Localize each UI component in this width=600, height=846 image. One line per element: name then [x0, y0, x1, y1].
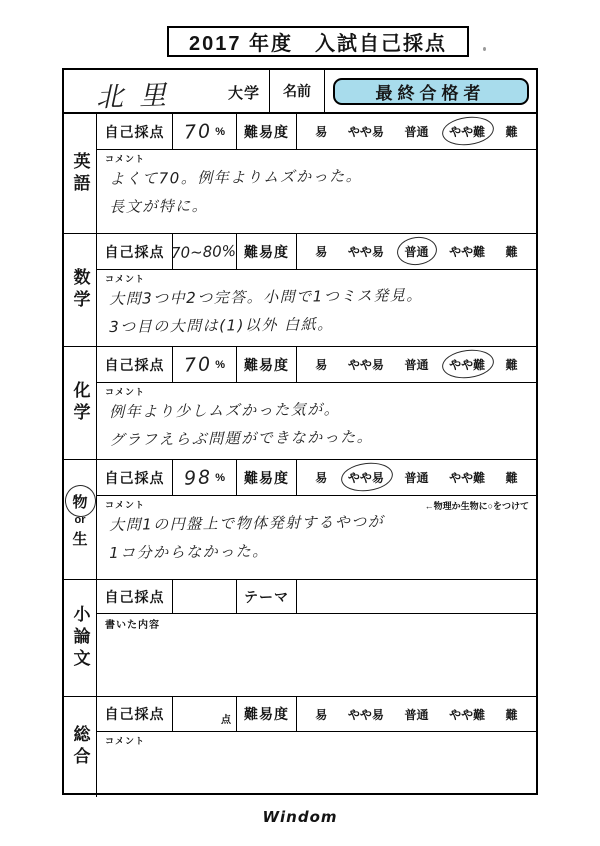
physics-comment-line: 1コ分からなかった。 [105, 534, 528, 567]
percent-unit: % [215, 472, 225, 484]
percent-unit: % [215, 126, 225, 138]
theme-label: テーマ [237, 580, 297, 613]
subject-label-math: 数学 [64, 234, 97, 346]
physics-score-cell: 98 % [173, 460, 237, 495]
self-score-label: 自己採点 [97, 460, 173, 495]
difficulty-label: 難易度 [237, 114, 297, 149]
university-name-handwritten: 北里 [95, 73, 182, 115]
math-score-cell: 70~80% [173, 234, 237, 269]
overall-score-cell: 点 [173, 697, 237, 731]
difficulty-option: 難 [506, 243, 518, 260]
self-score-label: 自己採点 [97, 580, 173, 613]
difficulty-label: 難易度 [237, 460, 297, 495]
subject-block-essay: 小論文 自己採点 テーマ 書いた内容 [64, 580, 536, 697]
difficulty-option: 普通 [404, 356, 428, 373]
english-score-row: 自己採点 70 % 難易度 易 やや易 普通 やや難 難 [97, 114, 536, 150]
result-badge-cell: 最終合格者 [325, 70, 536, 112]
difficulty-option: 易 [315, 243, 327, 260]
difficulty-option: 易 [315, 469, 327, 486]
physics-comment-cell: コメント ←物理か生物に○をつけて 大問1の円盤上で物体発射するやつが 1コ分か… [97, 496, 536, 579]
chemistry-comment-line: グラフえらぶ問題ができなかった。 [105, 421, 528, 454]
difficulty-option: 易 [315, 706, 327, 723]
score-table: 北里 大学 名前 最終合格者 英語 自己採点 70 % 難易度 易 やや易 [62, 68, 538, 795]
university-cell: 北里 大学 [64, 70, 270, 112]
overall-score-row: 自己採点 点 難易度 易 やや易 普通 やや難 難 [97, 697, 536, 732]
difficulty-option: やや難 [449, 706, 485, 723]
english-score-value: 70 [183, 120, 212, 143]
chemistry-difficulty-options: 易 やや易 普通 やや難 難 [297, 347, 536, 382]
self-score-label: 自己採点 [97, 347, 173, 382]
point-unit: 点 [221, 711, 231, 726]
difficulty-option: やや難 [449, 469, 485, 486]
difficulty-option: やや易 [348, 356, 384, 373]
difficulty-option: 易 [315, 356, 327, 373]
chemistry-score-value: 70 [183, 353, 212, 376]
difficulty-option: 普通 [404, 243, 428, 260]
english-score-cell: 70 % [173, 114, 237, 149]
written-content-label: 書いた内容 [105, 616, 528, 631]
math-difficulty-options: 易 やや易 普通 やや難 難 [297, 234, 536, 269]
difficulty-label: 難易度 [237, 234, 297, 269]
english-comment-line: 長文が特に。 [105, 188, 528, 221]
physics-difficulty-options: 易 やや易 普通 やや難 難 [297, 460, 536, 495]
difficulty-option: 易 [315, 123, 327, 140]
difficulty-option: やや難 [449, 243, 485, 260]
essay-content-cell: 書いた内容 [97, 614, 536, 696]
difficulty-option: 普通 [404, 469, 428, 486]
difficulty-option: 普通 [404, 706, 428, 723]
subject-label-overall: 総合 [64, 697, 97, 797]
self-score-label: 自己採点 [97, 697, 173, 731]
scan-artifact [483, 47, 486, 51]
difficulty-option: 難 [506, 356, 518, 373]
difficulty-label: 難易度 [237, 347, 297, 382]
result-badge: 最終合格者 [333, 78, 529, 105]
physics-option: 物 [72, 491, 87, 512]
difficulty-label: 難易度 [237, 697, 297, 731]
subject-label-chemistry: 化学 [64, 347, 97, 459]
physics-score-row: 自己採点 98 % 難易度 易 やや易 普通 やや難 難 [97, 460, 536, 496]
math-score-value: 70~80% [170, 241, 236, 261]
overall-difficulty-options: 易 やや易 普通 やや難 難 [297, 697, 536, 731]
math-comment-cell: コメント 大問3つ中2つ完答。小問で1つミス発見。 3つ目の大問は(1)以外 白… [97, 270, 536, 346]
math-score-row: 自己採点 70~80% 難易度 易 やや易 普通 やや難 難 [97, 234, 536, 270]
difficulty-option: やや易 [348, 469, 384, 486]
difficulty-option: やや易 [348, 243, 384, 260]
difficulty-option: やや難 [449, 356, 485, 373]
overall-comment-cell: コメント [97, 732, 536, 797]
difficulty-option: やや易 [348, 706, 384, 723]
biology-option: 生 [72, 528, 87, 549]
subject-block-physics: 物 or 生 自己採点 98 % 難易度 易 やや易 普通 やや難 難 [64, 460, 536, 580]
brand-logo: Windom [0, 808, 600, 826]
name-label: 名前 [270, 70, 325, 112]
comment-label: コメント [105, 734, 528, 747]
essay-score-cell [173, 580, 237, 613]
physics-score-value: 98 [183, 466, 212, 489]
chemistry-comment-cell: コメント 例年より少しムズかった気が。 グラフえらぶ問題ができなかった。 [97, 383, 536, 459]
subject-label-english: 英語 [64, 114, 97, 233]
math-comment-line: 3つ目の大問は(1)以外 白紙。 [105, 308, 528, 341]
self-score-label: 自己採点 [97, 114, 173, 149]
percent-unit: % [215, 359, 225, 371]
difficulty-option: 普通 [404, 123, 428, 140]
self-score-label: 自己採点 [97, 234, 173, 269]
english-comment-cell: コメント よくて70。例年よりムズかった。 長文が特に。 [97, 150, 536, 233]
essay-score-row: 自己採点 テーマ [97, 580, 536, 614]
difficulty-option: 難 [506, 123, 518, 140]
subject-label-physics-or-bio: 物 or 生 [64, 460, 97, 579]
university-label: 大学 [228, 82, 260, 103]
essay-theme-cell [297, 580, 536, 613]
subject-label-essay: 小論文 [64, 580, 97, 696]
subject-block-math: 数学 自己採点 70~80% 難易度 易 やや易 普通 やや難 難 コメント [64, 234, 536, 347]
difficulty-option: やや難 [449, 123, 485, 140]
subject-block-chemistry: 化学 自己採点 70 % 難易度 易 やや易 普通 やや難 難 コメント [64, 347, 536, 460]
subject-block-english: 英語 自己採点 70 % 難易度 易 やや易 普通 やや難 難 コメント [64, 114, 536, 234]
difficulty-option: やや易 [348, 123, 384, 140]
chemistry-score-cell: 70 % [173, 347, 237, 382]
page-title: 2017 年度 入試自己採点 [167, 26, 469, 57]
difficulty-option: 難 [506, 706, 518, 723]
chemistry-score-row: 自己採点 70 % 難易度 易 やや易 普通 やや難 難 [97, 347, 536, 383]
subject-block-overall: 総合 自己採点 点 難易度 易 やや易 普通 やや難 難 コメント [64, 697, 536, 797]
difficulty-option: 難 [506, 469, 518, 486]
english-difficulty-options: 易 やや易 普通 やや難 難 [297, 114, 536, 149]
header-row: 北里 大学 名前 最終合格者 [64, 70, 536, 114]
